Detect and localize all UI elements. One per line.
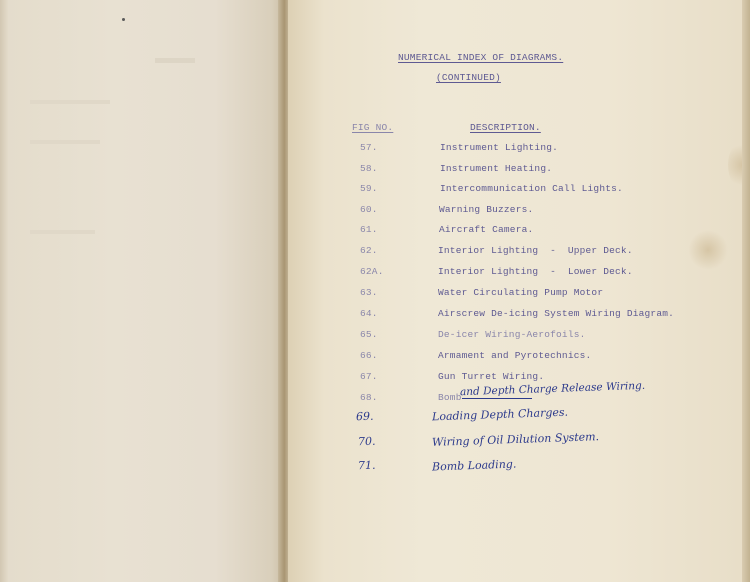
document-subtitle: (CONTINUED)	[436, 72, 501, 83]
fig-description: Instrument Heating.	[440, 163, 552, 174]
fig-description-handwritten: Bomb Loading.	[432, 458, 517, 474]
fig-description: Bomb	[438, 392, 462, 403]
strikethrough-mark	[462, 398, 532, 399]
fig-description-handwritten: Loading Depth Charges.	[432, 406, 568, 424]
fig-description: Intercommunication Call Lights.	[440, 183, 623, 194]
fig-number: 68.	[360, 392, 378, 403]
left-page	[0, 0, 286, 582]
fig-number: 66.	[360, 350, 378, 361]
fig-number: 57.	[360, 142, 378, 153]
fig-number: 63.	[360, 287, 378, 298]
left-page-edge	[0, 0, 8, 582]
fig-number: 64.	[360, 308, 378, 319]
column-header-fig-no: FIG NO.	[352, 122, 393, 133]
fig-number: 65.	[360, 329, 378, 340]
fig-number-handwritten: 71.	[358, 459, 376, 473]
fig-number-handwritten: 70.	[358, 435, 376, 449]
fig-description: Water Circulating Pump Motor	[438, 287, 603, 298]
fig-description: Interior Lighting - Upper Deck.	[438, 245, 633, 256]
fig-number: 60.	[360, 204, 378, 215]
bleed-through-text	[30, 230, 95, 234]
fig-number: 62.	[360, 245, 378, 256]
fig-number: 59.	[360, 183, 378, 194]
bleed-through-text	[30, 140, 100, 144]
bleed-through-text	[155, 58, 195, 63]
fig-number: 58.	[360, 163, 378, 174]
fig-number: 67.	[360, 371, 378, 382]
fig-description: Warning Buzzers.	[439, 204, 533, 215]
fig-description-handwritten: Wiring of Oil Dilution System.	[432, 430, 599, 449]
fig-description: Airscrew De-icing System Wiring Diagram.	[438, 308, 674, 319]
fig-description: Armament and Pyrotechnics.	[438, 350, 591, 361]
fig-number: 62A.	[360, 266, 384, 277]
fig-number-handwritten: 69.	[356, 410, 374, 424]
fig-description: Aircraft Camera.	[439, 224, 533, 235]
right-page-edge	[742, 0, 750, 582]
ink-speck	[122, 18, 125, 21]
column-header-description: DESCRIPTION.	[470, 122, 541, 133]
paper-stain	[688, 230, 728, 270]
right-page: NUMERICAL INDEX OF DIAGRAMS. (CONTINUED)…	[288, 0, 743, 582]
document-title: NUMERICAL INDEX OF DIAGRAMS.	[398, 52, 563, 63]
handwritten-annotation: and Depth Charge Release Wiring.	[460, 380, 645, 398]
fig-description: De-icer Wiring-Aerofoils.	[438, 329, 586, 340]
bleed-through-text	[30, 100, 110, 104]
fig-number: 61.	[360, 224, 378, 235]
fig-description: Instrument Lighting.	[440, 142, 558, 153]
fig-description: Gun Turret Wiring.	[438, 371, 544, 382]
fig-description: Interior Lighting - Lower Deck.	[438, 266, 633, 277]
